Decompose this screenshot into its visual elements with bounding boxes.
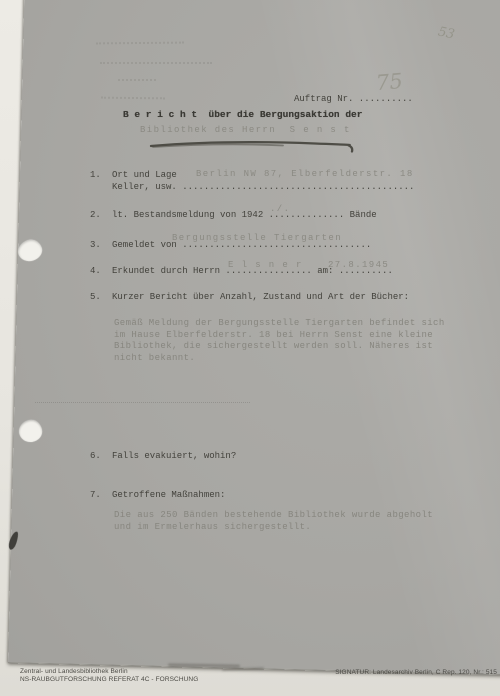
form-item-2-number: 2. xyxy=(90,210,101,221)
form-item-6-number: 6. xyxy=(90,451,101,462)
report-subtitle: Bibliothek des Herrn S e n s t xyxy=(140,125,351,136)
form-item-1-dotted-line: Keller, usw. ...........................… xyxy=(112,182,414,193)
footer-provenance: Zentral- und Landesbibliothek Berlin NS-… xyxy=(20,668,260,683)
form-item-4-date-value: 27.8.1945 xyxy=(328,260,389,271)
paragraph-line: Bibliothek, die sichergestellt werden so… xyxy=(114,341,433,353)
page-number-annotation: 53 xyxy=(437,24,456,42)
form-item-2-line: lt. Bestandsmeldung von 1942 ...........… xyxy=(112,210,377,221)
paragraph-line: Die aus 250 Bänden bestehende Bibliothek… xyxy=(114,510,433,522)
form-item-7-label: Getroffene Maßnahmen: xyxy=(112,490,225,501)
form-item-5-label: Kurzer Bericht über Anzahl, Zustand und … xyxy=(112,292,409,303)
bleed-through-marks xyxy=(100,62,212,64)
form-item-2-value: ./. xyxy=(270,204,290,215)
form-item-3-number: 3. xyxy=(90,240,101,251)
paragraph-line: im Hause Elberfelderstr. 18 bei Herrn Se… xyxy=(114,330,433,342)
form-item-5-number: 5. xyxy=(90,292,101,303)
title-underline xyxy=(145,138,365,156)
form-item-1-number: 1. xyxy=(90,170,101,181)
form-item-7-number: 7. xyxy=(90,490,101,501)
auftrag-number-handwritten: 75 xyxy=(375,69,404,95)
bleed-through-dotted-line xyxy=(35,402,250,403)
form-item-4-number: 4. xyxy=(90,266,101,277)
form-item-6-label: Falls evakuiert, wohin? xyxy=(112,451,236,462)
form-item-1-label: Ort und Lage xyxy=(112,170,177,181)
report-title: B e r i c h t über die Bergungsaktion de… xyxy=(123,109,362,120)
paragraph-line: und im Ermelerhaus sichergestellt. xyxy=(114,522,311,534)
paragraph-line: nicht bekannt. xyxy=(114,353,195,365)
form-item-3-value: Bergungsstelle Tiergarten xyxy=(172,233,342,244)
footer-provenance-line2: NS-RAUBGUTFORSCHUNG REFERAT 4C - FORSCHU… xyxy=(20,676,260,684)
paragraph-line: Gemäß Meldung der Bergungsstelle Tiergar… xyxy=(114,318,445,330)
auftrag-label: Auftrag Nr. .......... xyxy=(294,94,413,105)
footer-signature: SIGNATUR: Landesarchiv Berlin, C Rep. 12… xyxy=(297,669,497,677)
document-scan: 53 Auftrag Nr. .......... 75 B e r i c h… xyxy=(0,0,500,696)
form-item-1-value: Berlin NW 87, Elberfelderstr. 18 xyxy=(196,169,414,180)
footer-provenance-line1: Zentral- und Landesbibliothek Berlin xyxy=(20,668,260,676)
form-item-4-name-value: E l s n e r xyxy=(228,260,303,271)
bleed-through-marks xyxy=(118,79,156,81)
